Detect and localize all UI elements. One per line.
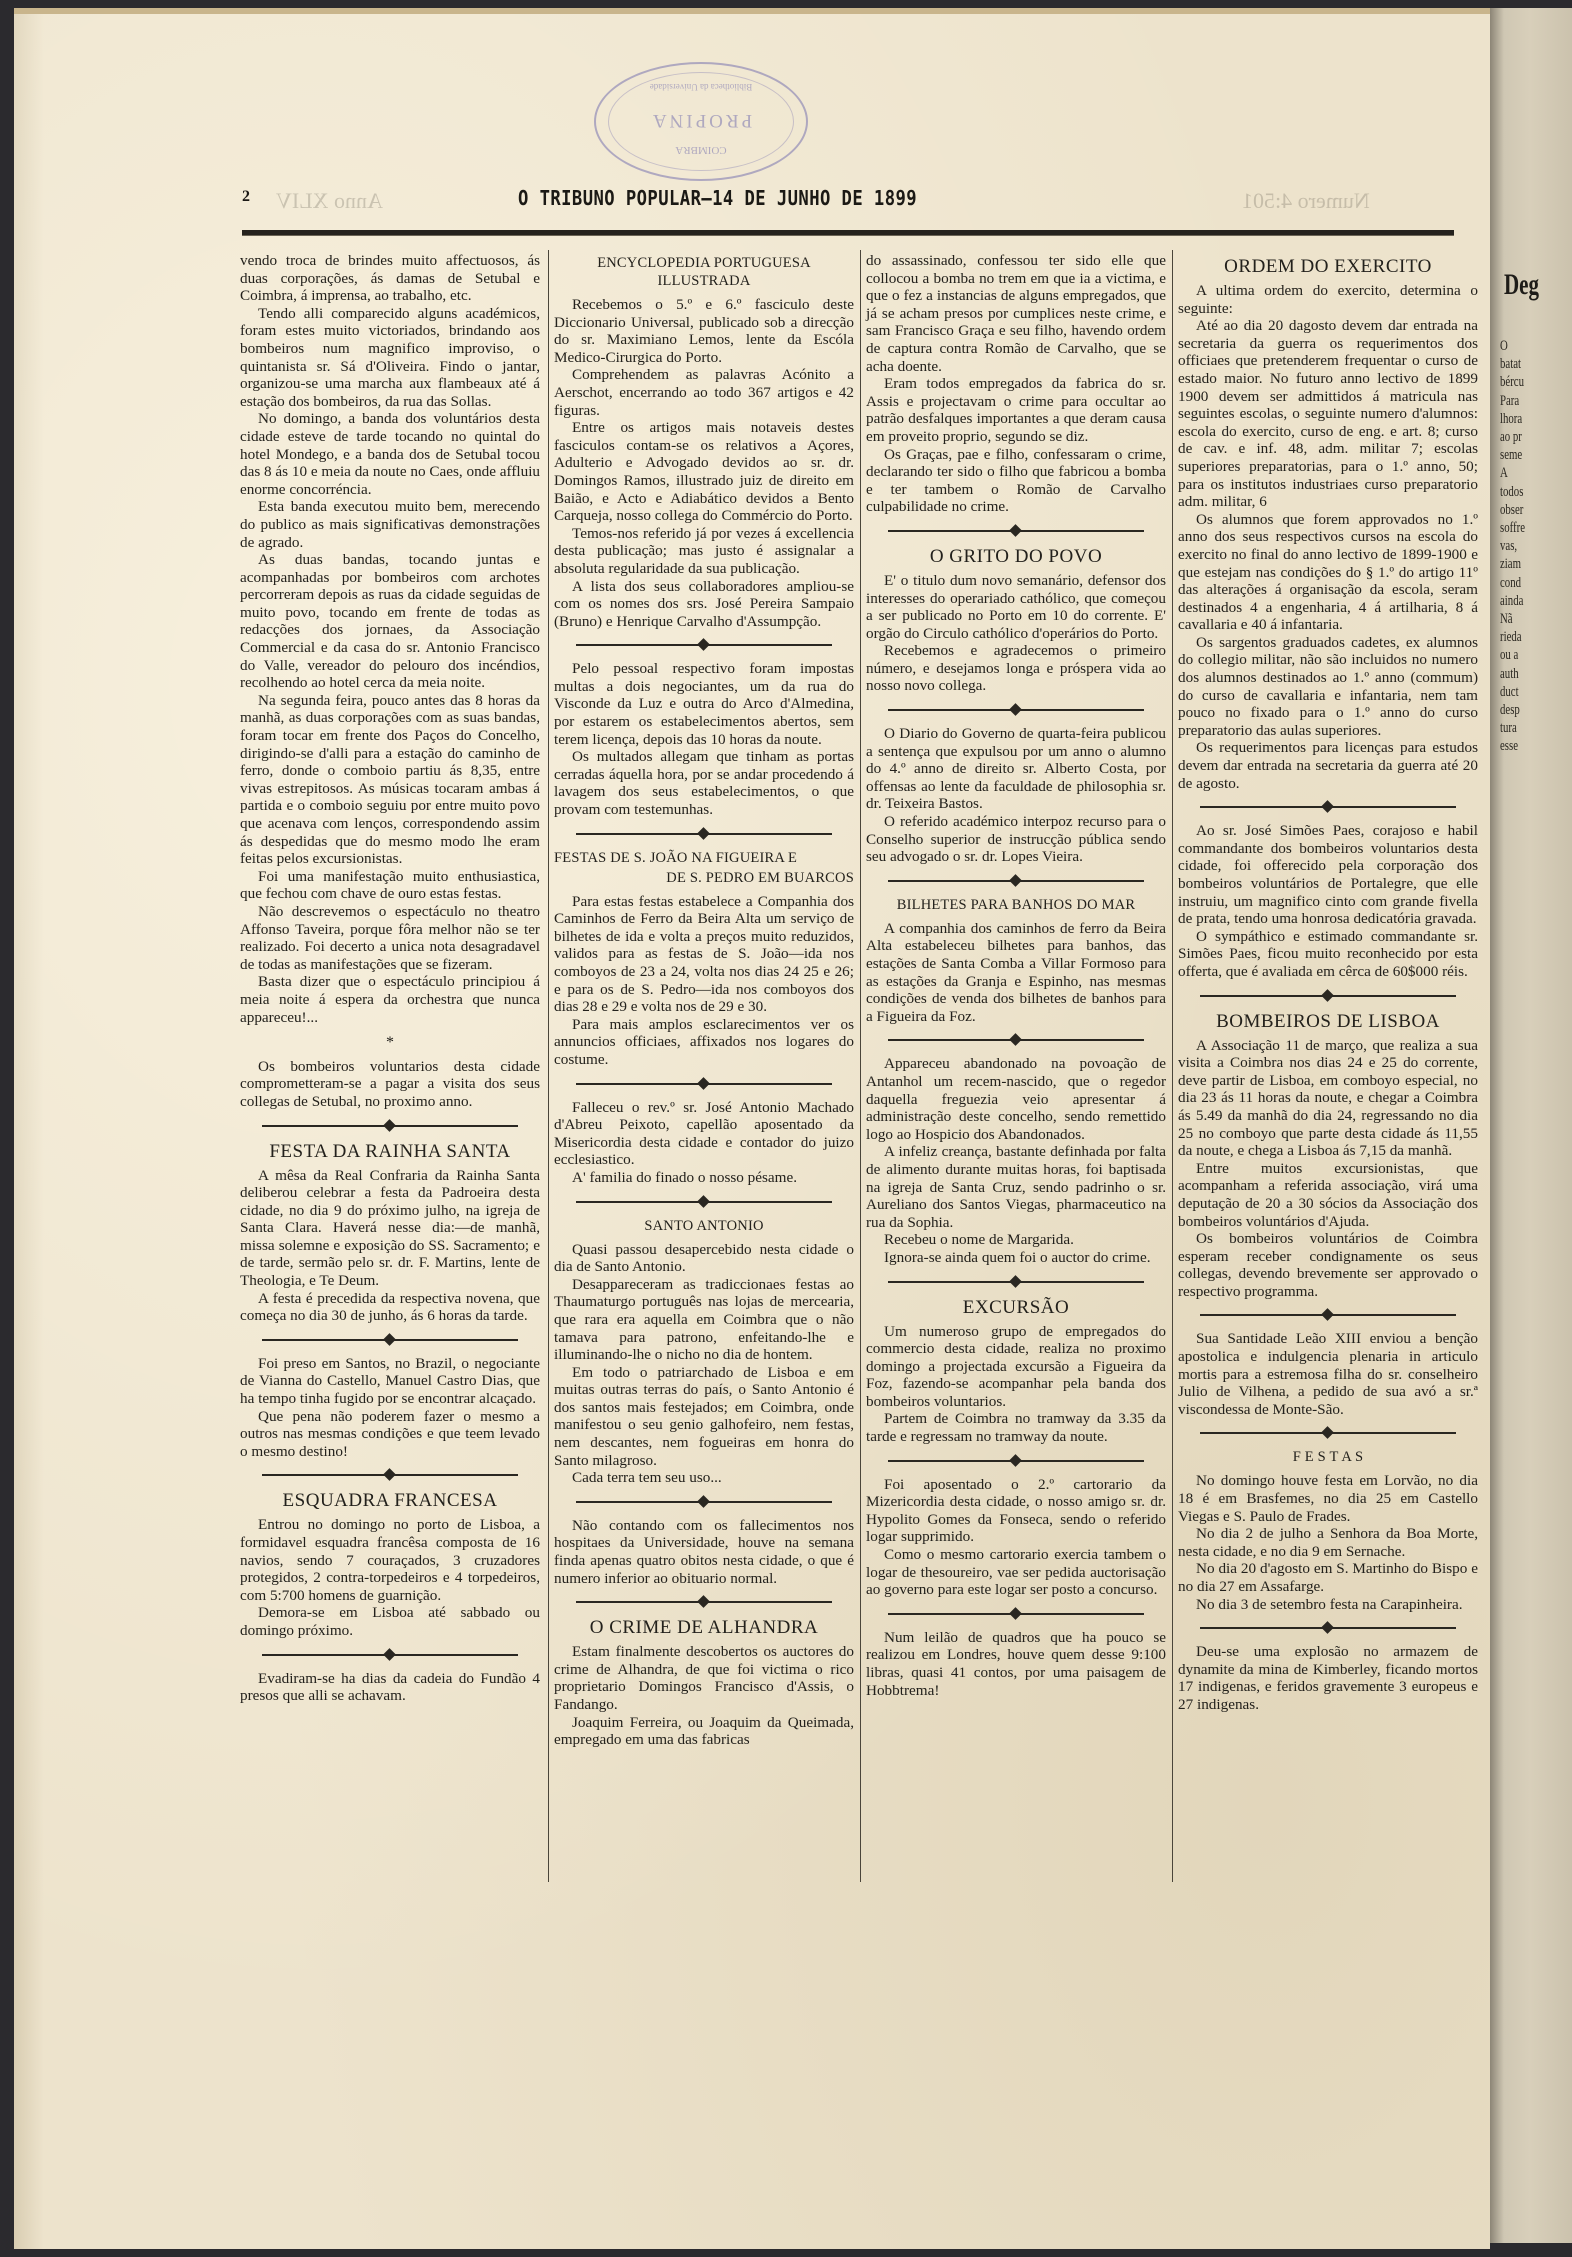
adjacent-page-line: seme [1500, 447, 1522, 464]
article-paragraph: Não contando com os fallecimentos nos ho… [554, 1517, 854, 1587]
article-paragraph: Os multados allegam que tinham as portas… [554, 748, 854, 818]
article-paragraph: No domingo houve festa em Lorvão, no dia… [1178, 1472, 1478, 1525]
article-paragraph: Os bombeiros voluntários de Coimbra espe… [1178, 1230, 1478, 1300]
adjacent-page-line: soffre [1500, 520, 1525, 537]
column-rule [860, 250, 861, 1882]
article-headline: ENCYCLOPEDIA PORTUGUESA ILLUSTRADA [554, 254, 854, 290]
bleed-through-left: Anno XLIV [276, 188, 383, 214]
ornamental-divider [576, 1083, 832, 1085]
article-paragraph: Temos-nos referido já por vezes á excell… [554, 525, 854, 578]
article-headline: BOMBEIROS DE LISBOA [1178, 1011, 1478, 1033]
adjacent-page-line: bércu [1500, 374, 1524, 391]
article-paragraph: Quasi passou desapercebido nesta cidade … [554, 1241, 854, 1276]
article-paragraph: Joaquim Ferreira, ou Joaquim da Queimada… [554, 1714, 854, 1749]
article-paragraph: Falleceu o rev.º sr. José Antonio Machad… [554, 1099, 854, 1169]
article-headline: ORDEM DO EXERCITO [1178, 256, 1478, 278]
article-paragraph: Tendo alli comparecido alguns académicos… [240, 305, 540, 411]
stamp-name: PROPINA [596, 109, 806, 131]
library-stamp: Bibliotheca da Universidade PROPINA COIM… [594, 62, 808, 181]
column-1: vendo troca de brindes muito affectuosos… [240, 252, 540, 1705]
article-paragraph: Evadiram-se ha dias da cadeia do Fundão … [240, 1670, 540, 1705]
article-paragraph: O Diario do Governo de quarta-feira publ… [866, 725, 1166, 813]
article-paragraph: Esta banda executou muito bem, merecendo… [240, 498, 540, 551]
adjacent-page-heading: Deg [1504, 268, 1539, 302]
stamp-city: COIMBRA [596, 144, 806, 156]
article-paragraph: Os Graças, pae e filho, confessaram o cr… [866, 446, 1166, 516]
adjacent-page-line: cond [1500, 575, 1521, 592]
ornamental-divider [1200, 1627, 1456, 1629]
adjacent-page-line: todos [1500, 484, 1523, 501]
article-paragraph: Recebemos e agradecemos o primeiro númer… [866, 642, 1166, 695]
article-paragraph: No dia 20 d'agosto em S. Martinho do Bis… [1178, 1560, 1478, 1595]
article-paragraph: A ultima ordem do exercito, determina o … [1178, 282, 1478, 317]
ornamental-divider [262, 1654, 518, 1656]
article-paragraph: Até ao dia 20 dagosto devem dar entrada … [1178, 317, 1478, 511]
article-paragraph: Ao sr. José Simões Paes, corajoso e habi… [1178, 822, 1478, 928]
article-paragraph: No dia 3 de setembro festa na Carapinhei… [1178, 1596, 1478, 1614]
article-paragraph: As duas bandas, tocando juntas e acompan… [240, 551, 540, 692]
ornamental-divider [262, 1474, 518, 1476]
article-paragraph: Foi uma manifestação muito enthusiastica… [240, 868, 540, 903]
article-paragraph: A festa é precedida da respectiva novena… [240, 1290, 540, 1325]
ornamental-divider [262, 1339, 518, 1341]
asterism: * [240, 1034, 540, 1052]
stamp-top-text: Bibliotheca da Universidade [596, 82, 806, 92]
article-paragraph: E' o titulo dum novo semanário, defensor… [866, 572, 1166, 642]
header-rule [242, 230, 1454, 236]
article-paragraph: A mêsa da Real Confraria da Rainha Santa… [240, 1167, 540, 1290]
newspaper-title: O TRIBUNO POPULAR—14 DE JUNHO DE 1899 [518, 186, 917, 210]
article-paragraph: Eram todos empregados da fabrica do sr. … [866, 375, 1166, 445]
article-headline: BILHETES PARA BANHOS DO MAR [866, 896, 1166, 914]
article-paragraph: Um numeroso grupo de empregados do comme… [866, 1323, 1166, 1411]
article-paragraph: Os sargentos graduados cadetes, ex alumn… [1178, 634, 1478, 740]
ornamental-divider [1200, 995, 1456, 997]
ornamental-divider [1200, 806, 1456, 808]
article-headline: O CRIME DE ALHANDRA [554, 1617, 854, 1639]
article-headline: DE S. PEDRO EM BUARCOS [554, 869, 854, 887]
ornamental-divider [576, 1601, 832, 1603]
ornamental-divider [888, 1039, 1144, 1041]
article-headline: FESTAS DE S. JOÃO NA FIGUEIRA E [554, 849, 854, 867]
article-paragraph: O sympáthico e estimado commandante sr. … [1178, 928, 1478, 981]
article-paragraph: Entre muitos excursionistas, que acompan… [1178, 1160, 1478, 1230]
article-paragraph: Deu-se uma explosão no armazem de dynami… [1178, 1643, 1478, 1713]
article-headline: SANTO ANTONIO [554, 1217, 854, 1235]
adjacent-page-line: auth [1500, 666, 1519, 683]
column-rule [548, 250, 549, 1882]
ornamental-divider [888, 880, 1144, 882]
adjacent-page-line: vas, [1500, 538, 1517, 555]
adjacent-page-line: tura [1500, 720, 1517, 737]
ornamental-divider [1200, 1432, 1456, 1434]
adjacent-page-line: O [1500, 338, 1508, 355]
column-rule [1172, 250, 1173, 1882]
article-paragraph: A lista dos seus collaboradores ampliou-… [554, 578, 854, 631]
article-paragraph: do assassinado, confessou ter sido elle … [866, 252, 1166, 375]
article-headline: EXCURSÃO [866, 1297, 1166, 1319]
article-paragraph: Foi preso em Santos, no Brazil, o negoci… [240, 1355, 540, 1408]
adjacent-page-line: batat [1500, 356, 1521, 373]
article-paragraph: Comprehendem as palavras Acónito a Aersc… [554, 366, 854, 419]
article-headline: FESTA DA RAINHA SANTA [240, 1141, 540, 1163]
article-paragraph: Cada terra tem seu uso... [554, 1469, 854, 1487]
masthead: 2 Anno XLIV O TRIBUNO POPULAR—14 DE JUNH… [230, 188, 1490, 218]
article-paragraph: Recebemos o 5.º e 6.º fasciculo deste Di… [554, 296, 854, 366]
adjacent-page-line: ziam [1500, 556, 1521, 573]
article-paragraph: Que pena não poderem fazer o mesmo a out… [240, 1408, 540, 1461]
adjacent-page-line: ou a [1500, 647, 1518, 664]
ornamental-divider [888, 1281, 1144, 1283]
ornamental-divider [576, 644, 832, 646]
adjacent-page-line: rieda [1500, 629, 1522, 646]
ornamental-divider [576, 833, 832, 835]
article-paragraph: Desappareceram as tradiccionaes festas a… [554, 1276, 854, 1364]
ornamental-divider [262, 1125, 518, 1127]
adjacent-page-line: duct [1500, 684, 1519, 701]
article-paragraph: No dia 2 de julho a Senhora da Boa Morte… [1178, 1525, 1478, 1560]
article-paragraph: Demora-se em Lisboa até sabbado ou domin… [240, 1604, 540, 1639]
article-paragraph: Para mais amplos esclarecimentos ver os … [554, 1016, 854, 1069]
article-paragraph: Sua Santidade Leão XIII enviou a benção … [1178, 1330, 1478, 1418]
adjacent-page-edge: Deg ObatatbércuParalhoraao prsemeAtodoso… [1490, 8, 1572, 2243]
article-paragraph: Para estas festas estabelece a Companhia… [554, 893, 854, 1016]
ornamental-divider [888, 1613, 1144, 1615]
adjacent-page-line: obser [1500, 502, 1523, 519]
adjacent-page-line: esse [1500, 738, 1518, 755]
article-paragraph: vendo troca de brindes muito affectuosos… [240, 252, 540, 305]
article-paragraph: Partem de Coimbra no tramway da 3.35 da … [866, 1410, 1166, 1445]
column-2: ENCYCLOPEDIA PORTUGUESA ILLUSTRADARecebe… [554, 252, 854, 1749]
article-paragraph: A companhia dos caminhos de ferro da Bei… [866, 920, 1166, 1026]
article-paragraph: Appareceu abandonado na povoação de Anta… [866, 1055, 1166, 1143]
adjacent-page-line: ainda [1500, 593, 1523, 610]
column-4: ORDEM DO EXERCITOA ultima ordem do exerc… [1178, 252, 1478, 1714]
article-paragraph: Estam finalmente descobertos os auctores… [554, 1643, 854, 1713]
ornamental-divider [888, 530, 1144, 532]
adjacent-page-line: ao pr [1500, 429, 1522, 446]
article-paragraph: No domingo, a banda dos voluntários dest… [240, 410, 540, 498]
ornamental-divider [576, 1501, 832, 1503]
article-paragraph: Foi aposentado o 2.º cartorario da Mizer… [866, 1476, 1166, 1546]
article-paragraph: Recebeu o nome de Margarida. [866, 1231, 1166, 1249]
article-paragraph: Os bombeiros voluntarios desta cidade co… [240, 1058, 540, 1111]
article-paragraph: Os requerimentos para licenças para estu… [1178, 739, 1478, 792]
adjacent-page-line: Para [1500, 393, 1519, 410]
column-3: do assassinado, confessou ter sido elle … [866, 252, 1166, 1699]
article-paragraph: Não descrevemos o espectáculo no theatro… [240, 903, 540, 973]
article-paragraph: Basta dizer que o espectáculo principiou… [240, 973, 540, 1026]
article-paragraph: A Associação 11 de março, que realiza a … [1178, 1037, 1478, 1160]
article-paragraph: Em todo o patriarchado de Lisboa e em mu… [554, 1364, 854, 1470]
article-paragraph: Ignora-se ainda quem foi o auctor do cri… [866, 1249, 1166, 1267]
article-headline: F E S T A S [1178, 1448, 1478, 1466]
article-paragraph: O referido académico interpoz recurso pa… [866, 813, 1166, 866]
article-paragraph: Entre os artigos mais notaveis destes fa… [554, 419, 854, 525]
article-paragraph: Num leilão de quadros que ha pouco se re… [866, 1629, 1166, 1699]
ornamental-divider [1200, 1314, 1456, 1316]
article-paragraph: Entrou no domingo no porto de Lisboa, a … [240, 1516, 540, 1604]
article-paragraph: Na segunda feira, pouco antes das 8 hora… [240, 692, 540, 868]
article-paragraph: A infeliz creança, bastante definhada po… [866, 1143, 1166, 1231]
bleed-through-right: Numero 4:501 [1242, 188, 1370, 214]
article-paragraph: A' familia do finado o nosso pésame. [554, 1169, 854, 1187]
adjacent-page-line: Nã [1500, 611, 1513, 628]
article-headline: O GRITO DO POVO [866, 546, 1166, 568]
adjacent-page-line: desp [1500, 702, 1520, 719]
ornamental-divider [576, 1201, 832, 1203]
article-headline: ESQUADRA FRANCESA [240, 1490, 540, 1512]
adjacent-page-line: A [1500, 465, 1508, 482]
adjacent-page-line: lhora [1500, 411, 1522, 428]
page-number: 2 [242, 188, 250, 206]
ornamental-divider [888, 709, 1144, 711]
article-paragraph: Os alumnos que forem approvados no 1.º a… [1178, 511, 1478, 634]
article-paragraph: Como o mesmo cartorario exercia tambem o… [866, 1546, 1166, 1599]
ornamental-divider [888, 1460, 1144, 1462]
article-paragraph: Pelo pessoal respectivo foram impostas m… [554, 660, 854, 748]
